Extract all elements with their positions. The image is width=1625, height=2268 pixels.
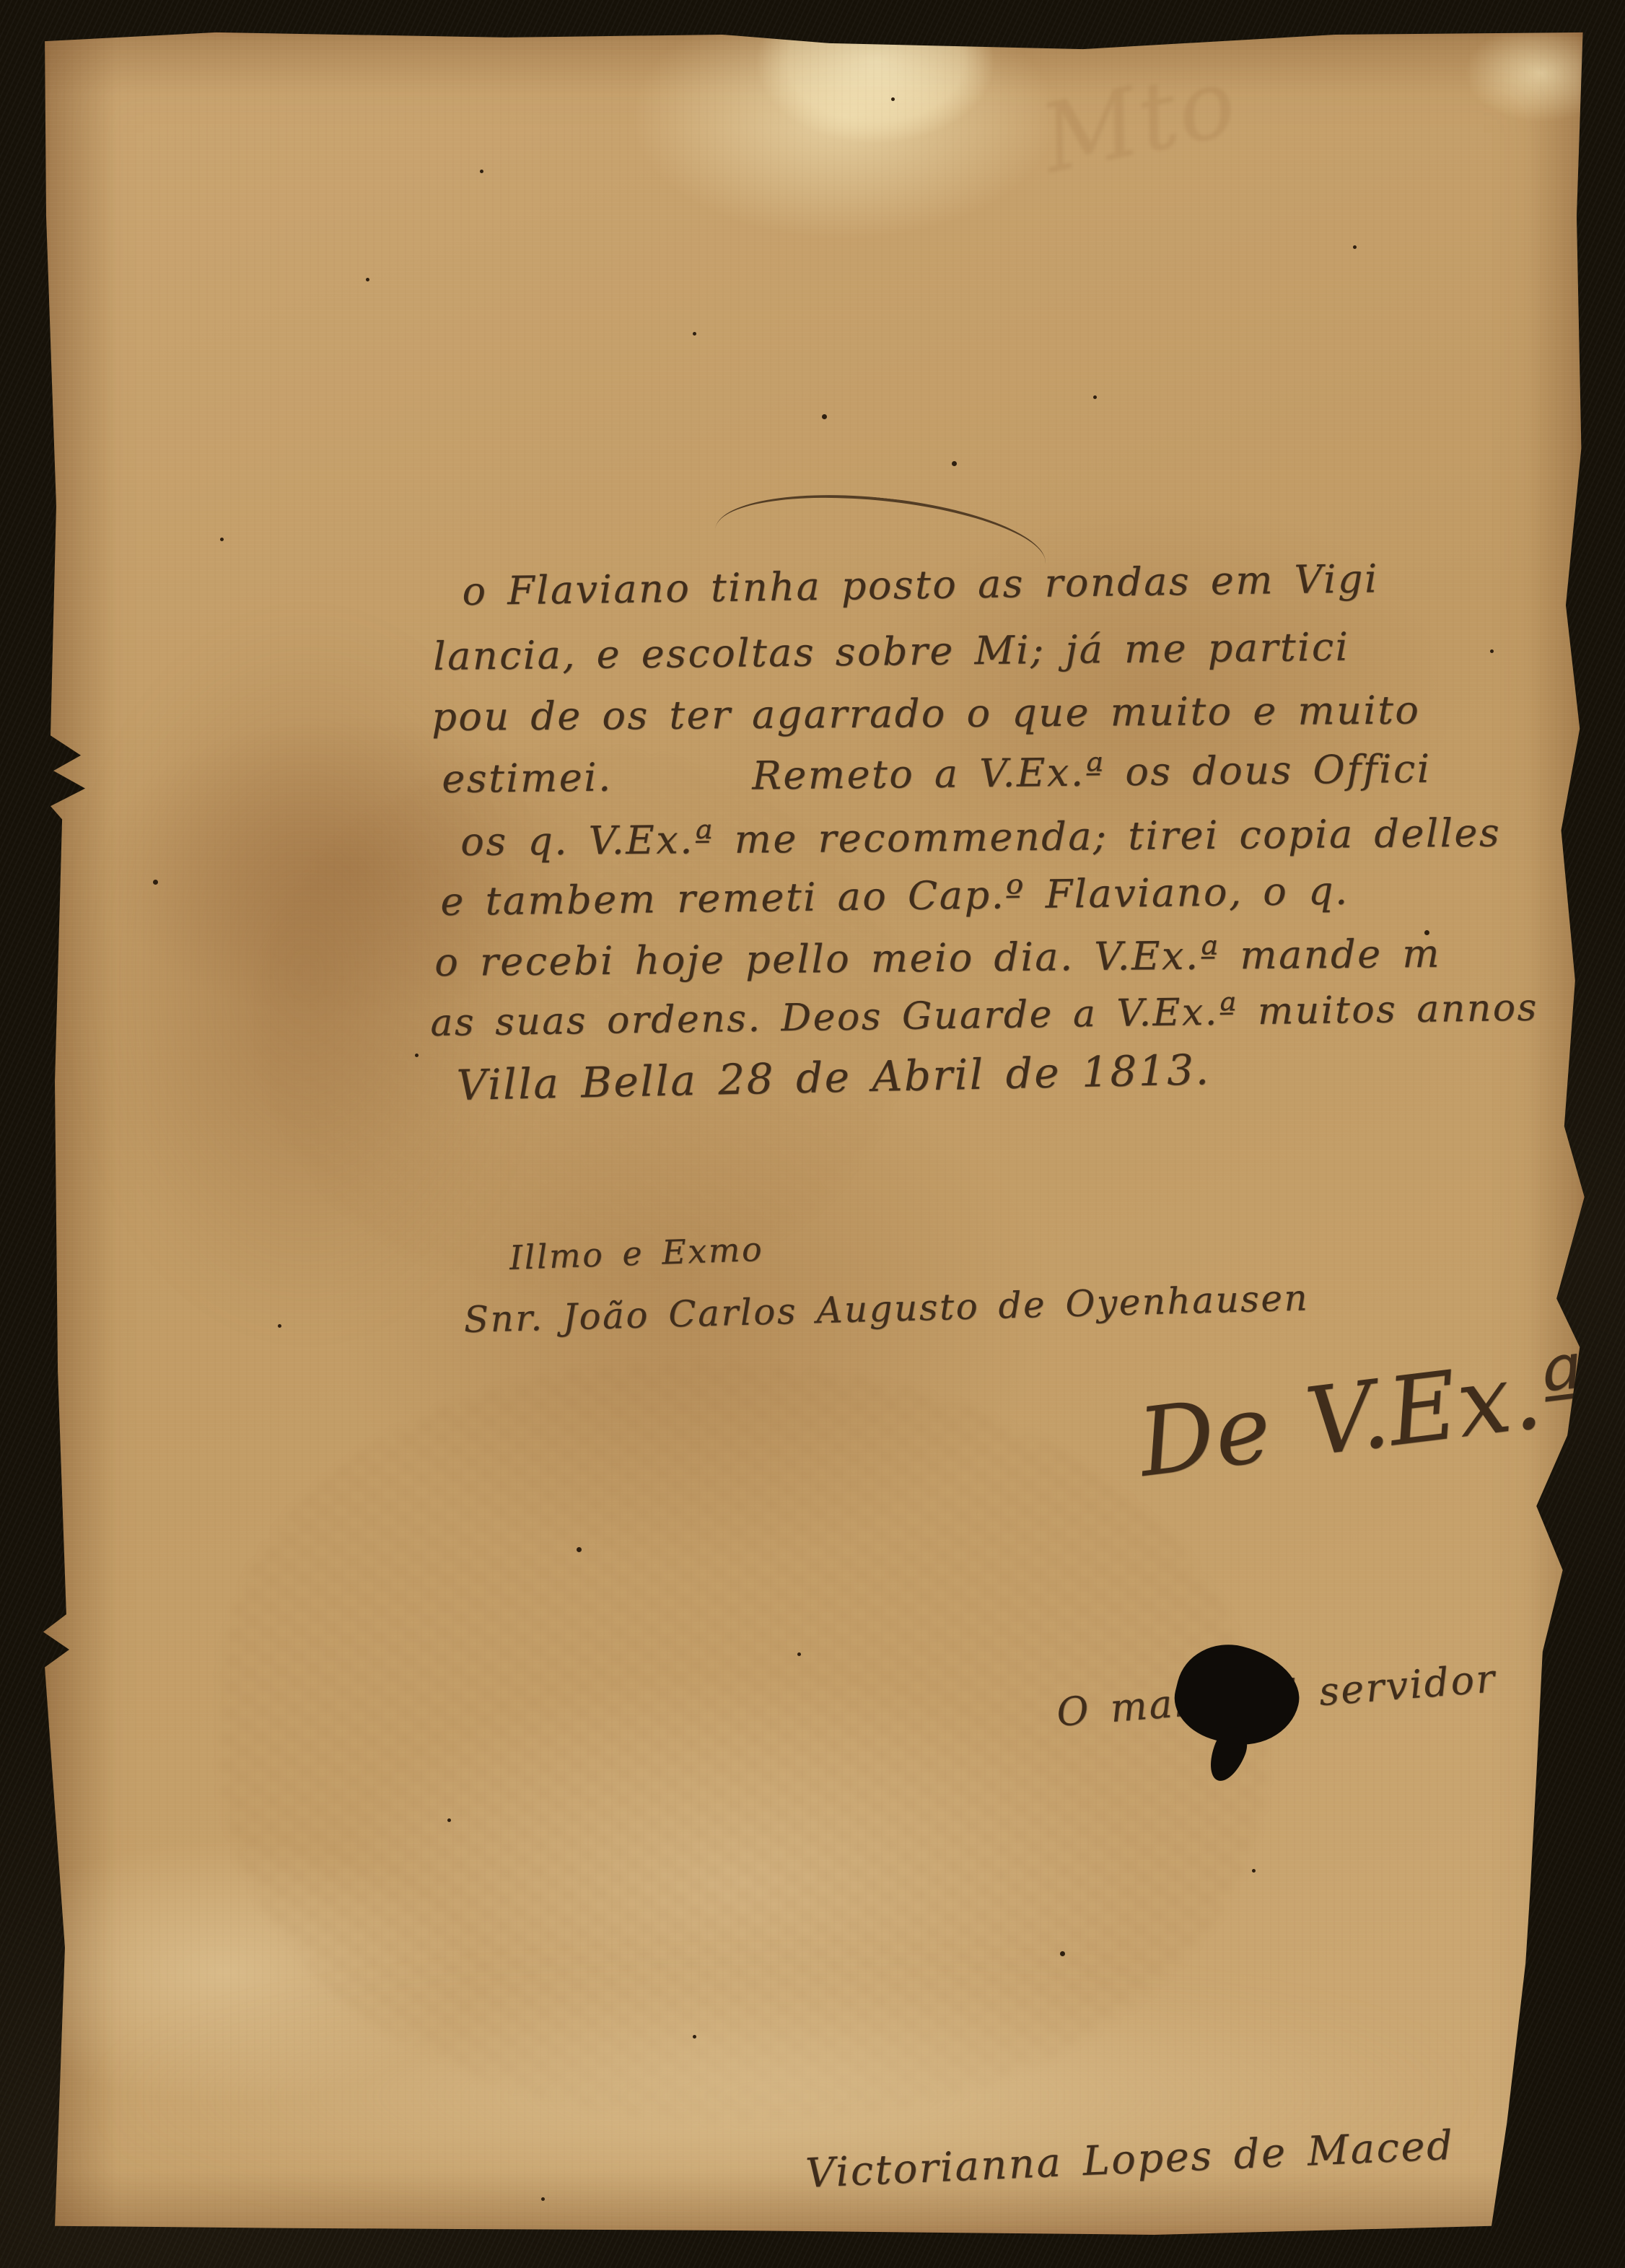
paper-texture	[40, 29, 1587, 2237]
manuscript-line-3: pou de os ter agarrado o que muito e mui…	[432, 687, 1421, 740]
manuscript-line-7: o recebi hoje pello meio dia. V.Ex.ª man…	[434, 931, 1441, 985]
manuscript-paper: Mto o Flaviano tinha posto as rondas em …	[40, 29, 1587, 2237]
ink-specks	[366, 278, 369, 281]
manuscript-line-5: os q. V.Ex.ª me recommenda; tirei copia …	[460, 810, 1501, 864]
manuscript-line-2: lancia, e escoltas sobre Mi; já me parti…	[433, 624, 1350, 679]
photograph-black-cloth-background: Mto o Flaviano tinha posto as rondas em …	[0, 0, 1625, 2268]
